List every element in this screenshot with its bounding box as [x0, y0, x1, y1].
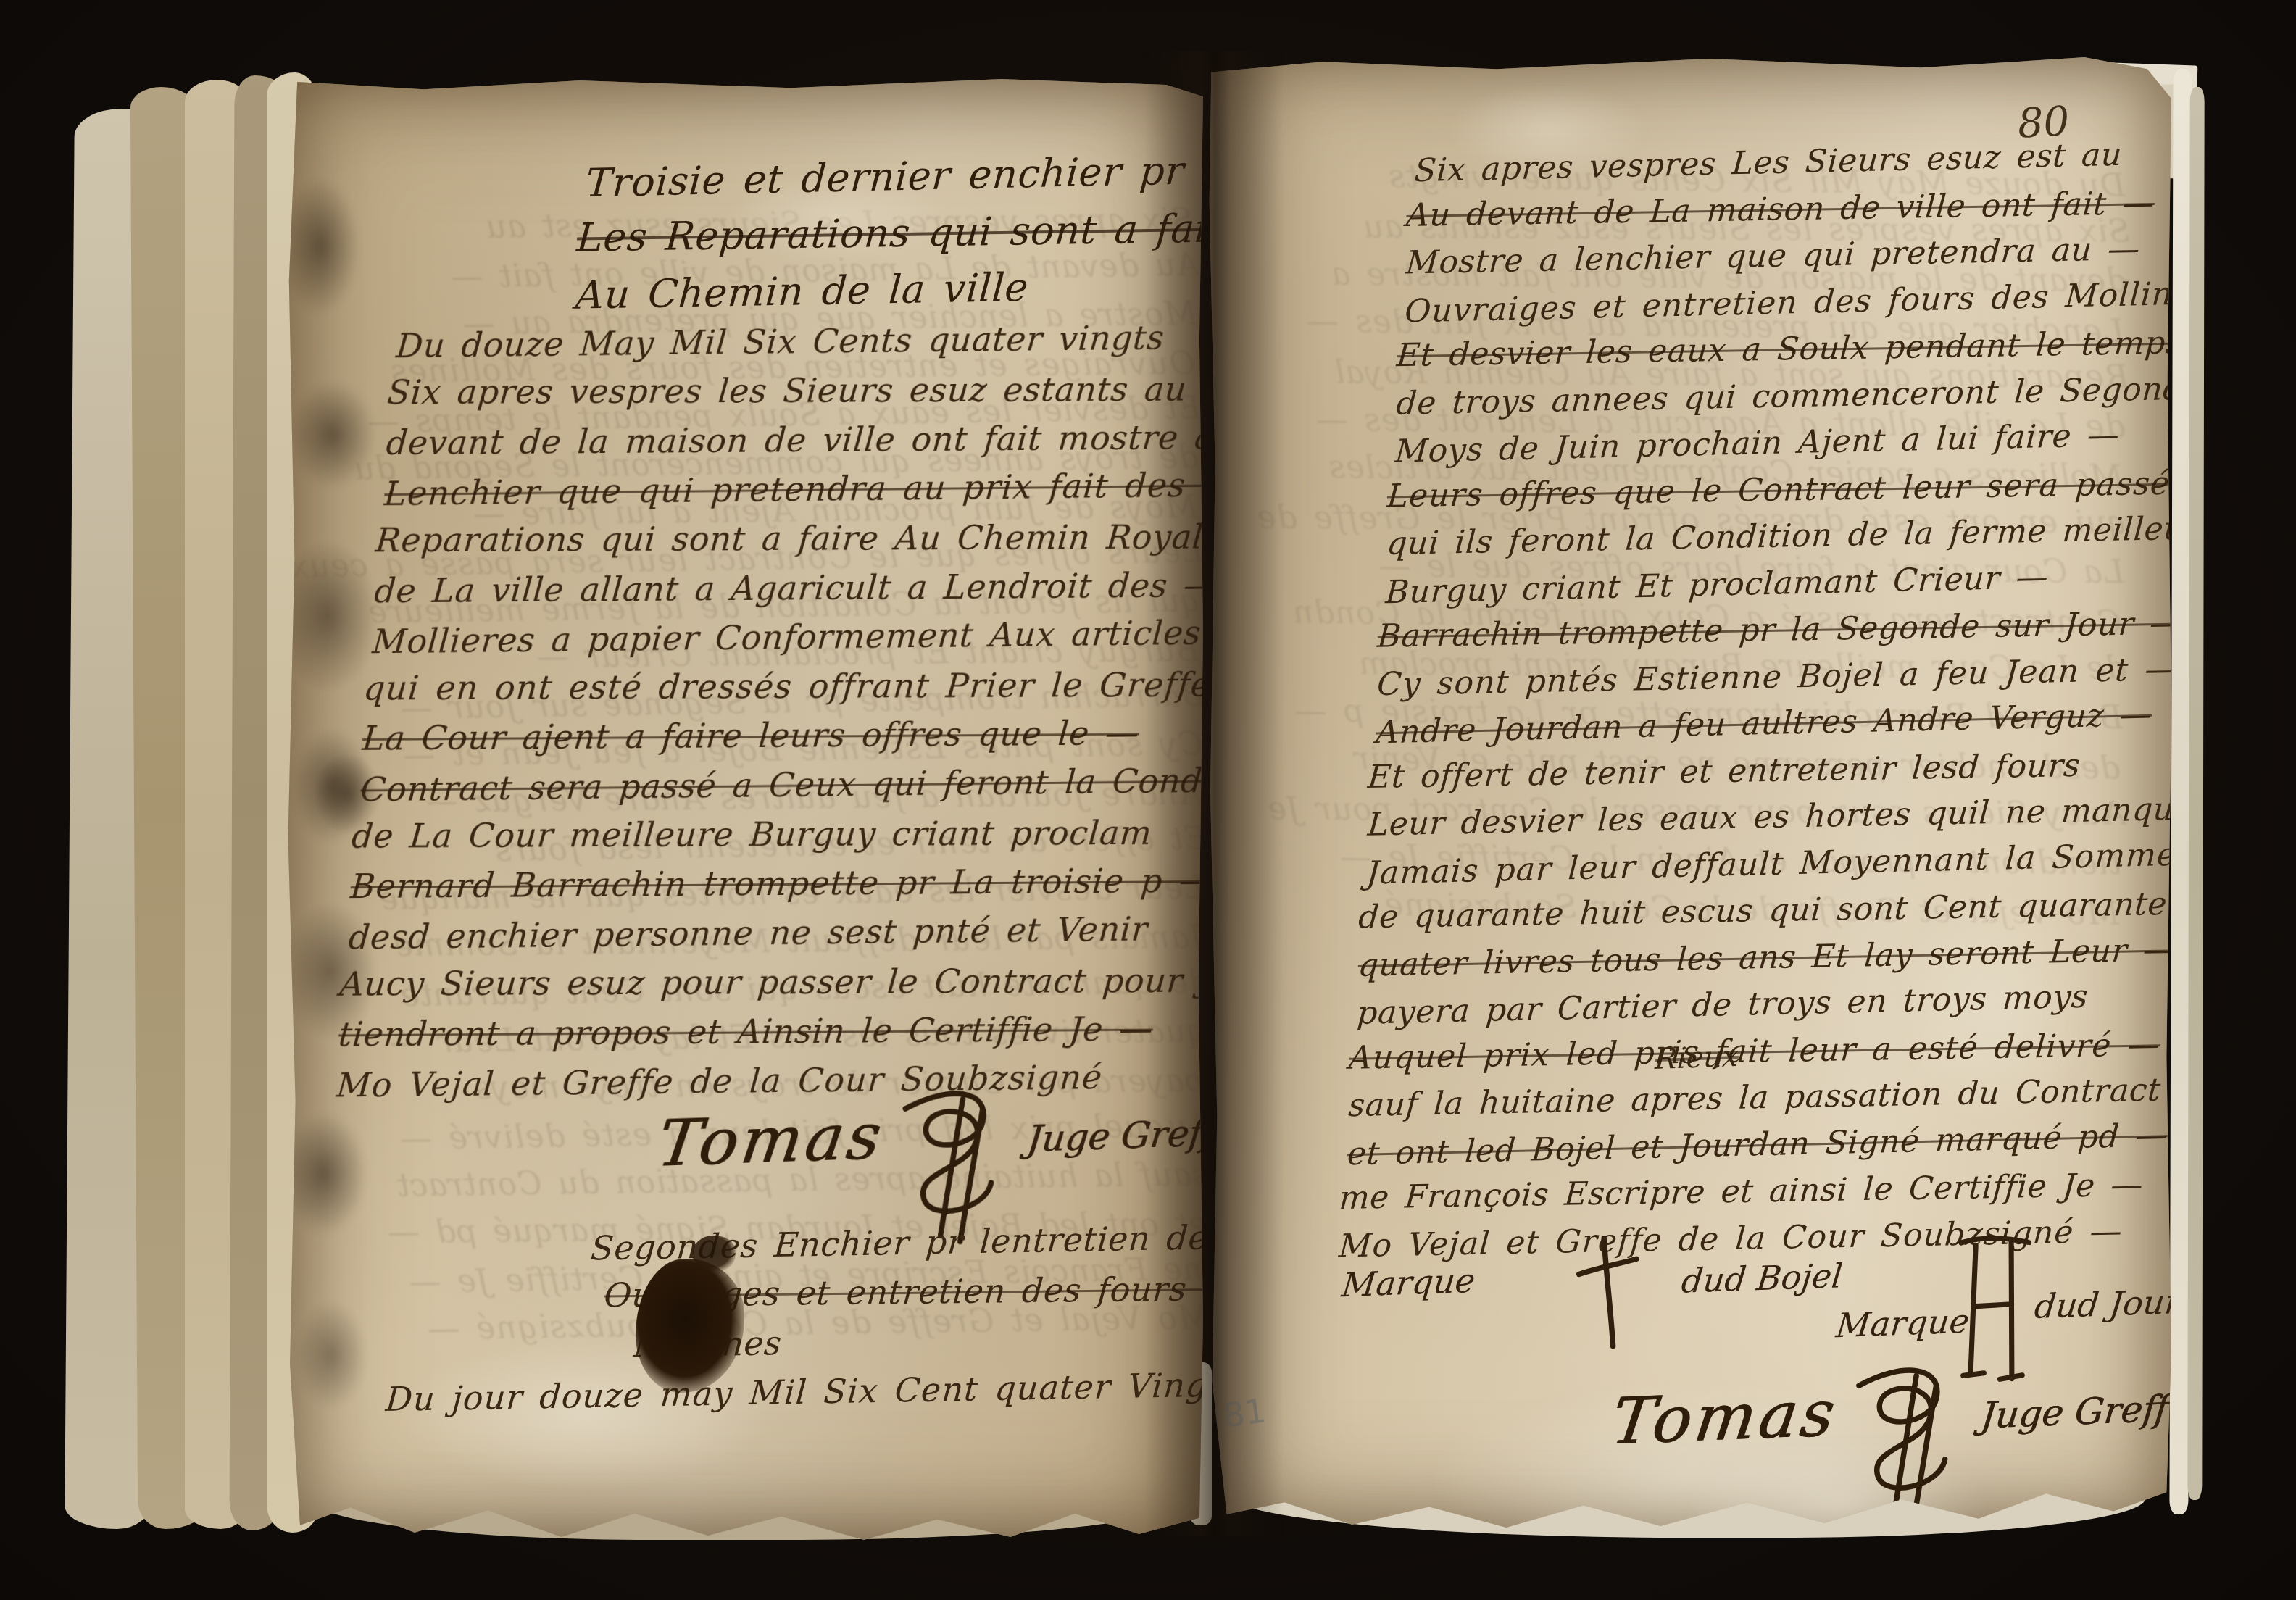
ink-blot	[692, 1236, 736, 1272]
manuscript-line: Reparations qui sont a faire Au Chemin R…	[373, 512, 1221, 564]
manuscript-line: Bernard Barrachin trompette pr La troisi…	[349, 856, 1197, 911]
manuscript-scan: Six apres vespres Les Sieurs esuz est au…	[0, 0, 2296, 1600]
ink-smudge	[295, 1301, 367, 1409]
signature-title: Juge Greffr	[1979, 1387, 2187, 1437]
manuscript-line: Six apres vespres les Sieurs esuz estant…	[386, 364, 1234, 417]
left-page: Six apres vespres Les Sieurs esuz est au…	[286, 76, 1203, 1540]
mark-name-bojel: dud Bojel	[1680, 1256, 1844, 1301]
manuscript-line: de La Cour meilleure Burguy criant procl…	[350, 808, 1198, 861]
manuscript-line: tiendront a propos et Ainsin le Certiffi…	[337, 1004, 1185, 1059]
manuscript-line: Lenchier que qui pretendra au prix fait …	[383, 459, 1231, 518]
second-entry-heading: Segondes Enchier pr lentretien desOuvrai…	[382, 1214, 1208, 1422]
mark-label-jourdan: Marque	[1834, 1301, 1971, 1345]
manuscript-line: de La ville allant a Agaricult a Lendroi…	[373, 560, 1220, 615]
right-page-edge	[2187, 87, 2204, 1500]
signature-name: Tomas	[653, 1099, 889, 1181]
manuscript-line: Du douze May Mil Six Cents quater vingts	[394, 312, 1243, 370]
signature-flourish-icon	[1842, 1350, 1972, 1525]
right-page: Du douze May Mil Six Cents quater vingts…	[1207, 54, 2171, 1529]
manuscript-line: Aucy Sieurs esuz pour passer le Contract…	[338, 956, 1186, 1009]
manuscript-line: Mollieres a papier Conformement Aux arti…	[370, 608, 1219, 667]
manuscript-line: devant de la maison de ville ont fait mo…	[384, 412, 1232, 467]
signature-name: Tomas	[1607, 1375, 1842, 1459]
manuscript-line: qui en ont esté dressés offrant Prier le…	[362, 660, 1210, 713]
manuscript-line: Contract sera passé a Ceux qui feront la…	[359, 756, 1207, 814]
manuscript-line: La Cour ajent a faire leurs offres que l…	[361, 708, 1209, 763]
manuscript-line: Du jour douze may Mil Six Cent quater Vi…	[384, 1360, 1199, 1424]
pencil-folio-number: 81	[1221, 1391, 1268, 1436]
manuscript-line: Les Reparations qui sont a faire	[575, 201, 1216, 267]
ink-smudge	[289, 380, 376, 489]
signature-title: Juge Greffr	[1025, 1111, 1234, 1160]
mark-label-bojel: Marque	[1340, 1261, 1477, 1304]
witness-marks-row: Marque dud Bojel Marque dud Jo	[1207, 54, 2171, 1529]
manuscript-line: desd enchier personne ne sest pnté et Ve…	[347, 904, 1196, 962]
entry-body-text: Du douze May Mil Six Cents quater vingts…	[333, 314, 1241, 1109]
entry-heading: Troisie et dernier enchier prLes Reparat…	[574, 143, 1223, 324]
bojel-cross-mark-icon	[1568, 1230, 1652, 1354]
mark-name-jourdan: dud Jourdan	[2033, 1280, 2246, 1326]
